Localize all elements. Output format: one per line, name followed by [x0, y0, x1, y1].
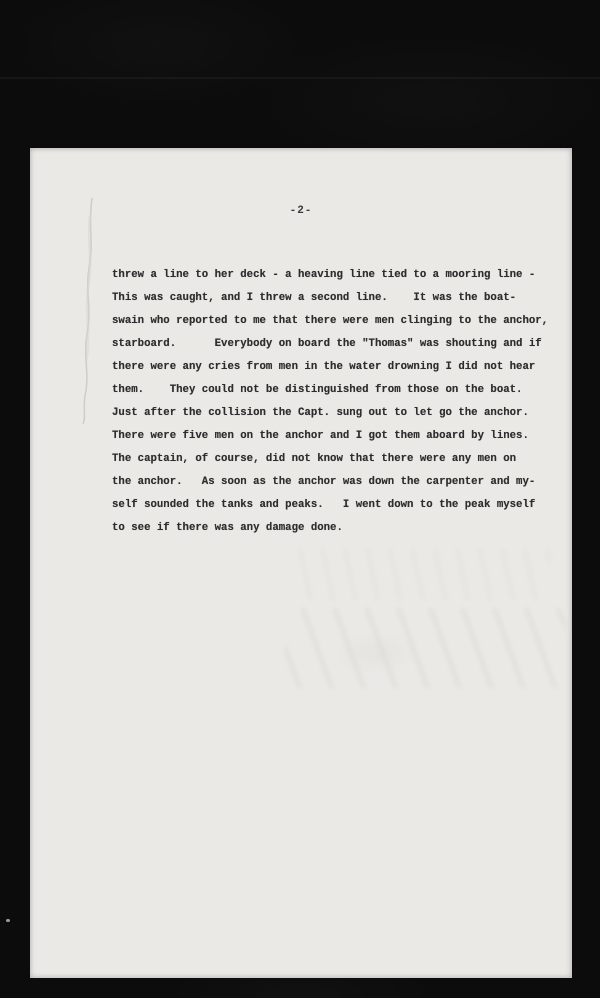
- text-line: there were any cries from men in the wat…: [112, 356, 560, 379]
- ink-bleedthrough-lower: [285, 608, 565, 688]
- typed-text-block: threw a line to her deck - a heaving lin…: [112, 264, 560, 540]
- text-line: to see if there was any damage done.: [112, 517, 560, 540]
- scan-seam-line: [0, 77, 600, 79]
- paper-crease-mark: [78, 196, 102, 426]
- text-line: starboard. Everybody on board the "Thoma…: [112, 333, 560, 356]
- scanned-page: -2- threw a line to her deck - a heaving…: [30, 148, 572, 978]
- text-line: swain who reported to me that there were…: [112, 310, 560, 333]
- dust-speck: [6, 919, 10, 922]
- text-line: self sounded the tanks and peaks. I went…: [112, 494, 560, 517]
- text-line: This was caught, and I threw a second li…: [112, 287, 560, 310]
- text-line: threw a line to her deck - a heaving lin…: [112, 264, 560, 287]
- text-line: There were five men on the anchor and I …: [112, 425, 560, 448]
- text-line: Just after the collision the Capt. sung …: [112, 402, 560, 425]
- text-line: the anchor. As soon as the anchor was do…: [112, 471, 560, 494]
- text-line: The captain, of course, did not know tha…: [112, 448, 560, 471]
- text-line: them. They could not be distinguished fr…: [112, 379, 560, 402]
- page-number: -2-: [30, 205, 572, 217]
- ink-bleedthrough-upper: [300, 548, 550, 600]
